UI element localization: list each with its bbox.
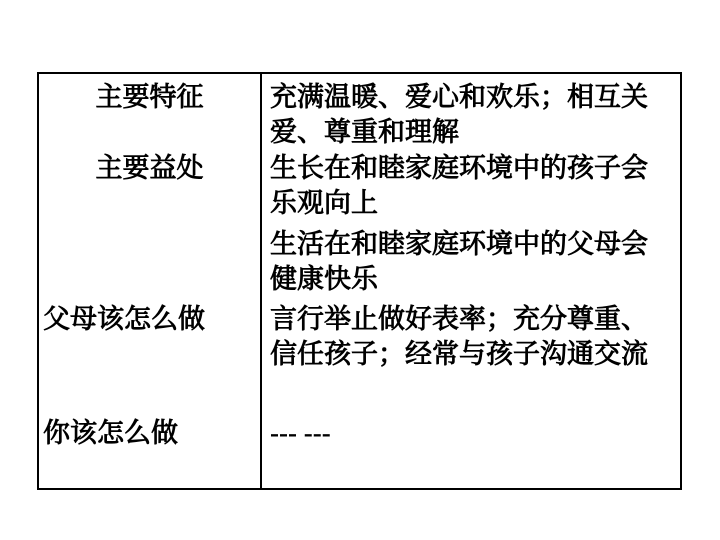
row-label-text: 你该怎么做 [43, 418, 178, 448]
content-paragraph: 生长在和睦家庭环境中的孩子会乐观向上 [270, 151, 668, 221]
row-label-text: 主要特征 [96, 82, 204, 112]
row-label-main-benefits: 主要益处 [39, 145, 260, 296]
row-label-what-parents-do: 父母该怎么做 [39, 296, 260, 410]
slide-canvas: 主要特征 充满温暖、爱心和欢乐；相互关爱、尊重和理解 主要益处 生长在和睦家庭环… [0, 0, 720, 540]
row-label-text: 父母该怎么做 [43, 304, 205, 334]
family-harmony-table: 主要特征 充满温暖、爱心和欢乐；相互关爱、尊重和理解 主要益处 生长在和睦家庭环… [37, 72, 682, 490]
content-paragraph: 言行举止做好表率；充分尊重、信任孩子；经常与孩子沟通交流 [270, 302, 668, 372]
row-label-main-features: 主要特征 [39, 74, 260, 145]
row-label-text: 主要益处 [96, 153, 204, 183]
row-content-what-you-do: --- --- [260, 410, 680, 488]
row-content-main-features: 充满温暖、爱心和欢乐；相互关爱、尊重和理解 [260, 74, 680, 145]
content-paragraph: --- --- [270, 416, 668, 451]
row-label-what-you-do: 你该怎么做 [39, 410, 260, 488]
row-content-what-parents-do: 言行举止做好表率；充分尊重、信任孩子；经常与孩子沟通交流 [260, 296, 680, 410]
content-paragraph: 充满温暖、爱心和欢乐；相互关爱、尊重和理解 [270, 80, 668, 145]
row-content-main-benefits: 生长在和睦家庭环境中的孩子会乐观向上 生活在和睦家庭环境中的父母会健康快乐 [260, 145, 680, 296]
content-paragraph: 生活在和睦家庭环境中的父母会健康快乐 [270, 227, 668, 296]
